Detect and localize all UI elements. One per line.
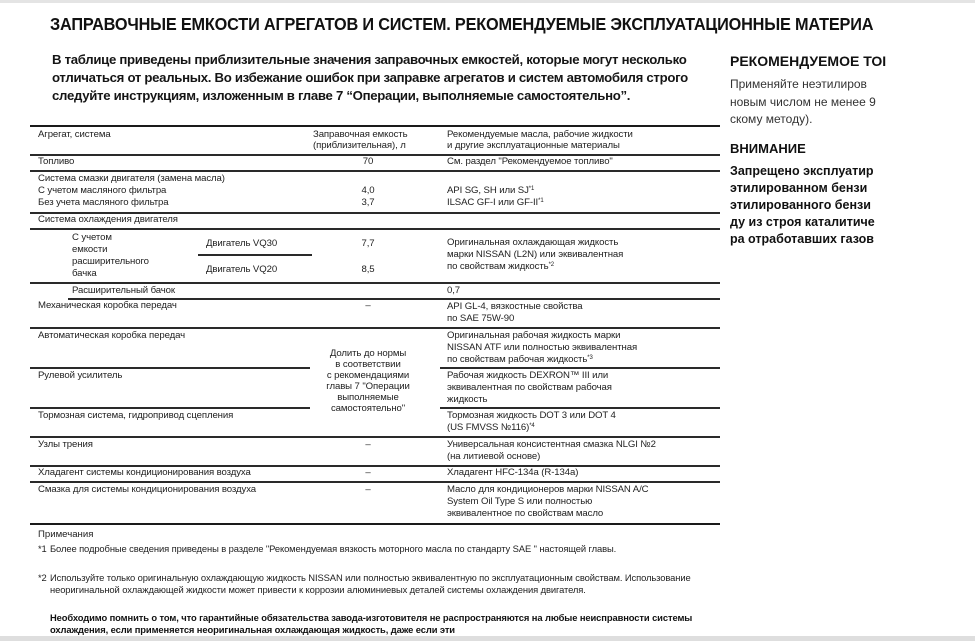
row-material: API GL-4, вязкостные свойства bbox=[447, 301, 583, 313]
row-capacity: 3,7 bbox=[313, 197, 423, 209]
row-material: Рабочая жидкость DEXRON™ III или bbox=[447, 370, 608, 382]
row-material: NISSAN ATF или полностью эквивалентная bbox=[447, 342, 637, 354]
row-unit: С учетом масляного фильтра bbox=[38, 185, 166, 197]
row-capacity: 4,0 bbox=[313, 185, 423, 197]
row-divider bbox=[30, 282, 720, 284]
row-material: Оригинальная охлаждающая жидкость bbox=[447, 237, 618, 249]
footnote-ref: *3 bbox=[587, 355, 592, 361]
table-top-rule bbox=[30, 125, 720, 127]
row-material: API SG, SH или SJ*1 bbox=[447, 185, 534, 197]
row-unit: Рулевой усилитель bbox=[38, 370, 122, 382]
row-material: Хладагент HFC-134a (R-134a) bbox=[447, 467, 578, 479]
row-material: марки NISSAN (L2N) или эквивалентная bbox=[447, 249, 623, 261]
row-material: (на литиевой основе) bbox=[447, 451, 540, 463]
row-material: по свойствам жидкость*2 bbox=[447, 261, 554, 273]
row-unit: Узлы трения bbox=[38, 439, 93, 451]
row-material: 0,7 bbox=[447, 285, 460, 297]
warranty-note: Необходимо помнить о том, что гарантийны… bbox=[38, 612, 718, 636]
row-unit: Без учета масляного фильтра bbox=[38, 197, 169, 209]
note-mark: *2 bbox=[38, 572, 47, 584]
engine-capacity: 7,7 bbox=[313, 238, 423, 250]
row-unit: Механическая коробка передач bbox=[38, 300, 177, 312]
notes-label: Примечания bbox=[38, 529, 93, 540]
engine-capacity: 8,5 bbox=[313, 264, 423, 276]
with-tank-label: бачка bbox=[72, 268, 97, 280]
row-material: жидкость bbox=[447, 394, 487, 406]
intro-paragraph: В таблице приведены приблизительные знач… bbox=[52, 51, 707, 104]
row-material: по свойствам рабочая жидкость*3 bbox=[447, 354, 593, 366]
note-text: Более подробные сведения приведены в раз… bbox=[50, 543, 718, 555]
row-material: по SAE 75W-90 bbox=[447, 313, 514, 325]
group-label: Система смазки двигателя (замена масла) bbox=[38, 173, 225, 185]
row-unit: Смазка для системы кондиционирования воз… bbox=[38, 484, 256, 496]
note-mark: *1 bbox=[38, 543, 47, 555]
row-capacity: – bbox=[313, 300, 423, 312]
engine-name: Двигатель VQ20 bbox=[206, 264, 277, 276]
footnote-ref: *2 bbox=[549, 262, 554, 268]
group-label: Система охлаждения двигателя bbox=[38, 214, 178, 226]
footnote-ref: *1 bbox=[538, 198, 543, 204]
row-divider bbox=[30, 407, 310, 409]
row-capacity: – bbox=[313, 439, 423, 451]
page-title: ЗАПРАВОЧНЫЕ ЕМКОСТИ АГРЕГАТОВ И СИСТЕМ. … bbox=[50, 14, 887, 35]
row-divider bbox=[30, 436, 720, 438]
row-material: эквивалентное по свойствам масло bbox=[447, 508, 603, 520]
note-item: *1 Более подробные сведения приведены в … bbox=[38, 543, 718, 555]
table-bottom-rule bbox=[30, 523, 720, 525]
row-material: System Oil Type S или полностью bbox=[447, 496, 592, 508]
warning-text: Запрещено эксплуатир этилированном бензи… bbox=[730, 163, 975, 248]
row-divider bbox=[30, 327, 720, 329]
row-unit: Тормозная система, гидропривод сцепления bbox=[38, 410, 233, 422]
row-unit: Топливо bbox=[38, 156, 74, 168]
row-material: эквивалентная по свойствам рабочая bbox=[447, 382, 612, 394]
row-material: (US FMVSS №116)*4 bbox=[447, 422, 535, 434]
engine-name: Двигатель VQ30 bbox=[206, 238, 277, 250]
row-divider bbox=[440, 407, 720, 409]
row-material: Оригинальная рабочая жидкость марки bbox=[447, 330, 620, 342]
row-capacity: 70 bbox=[313, 156, 423, 168]
row-unit: Автоматическая коробка передач bbox=[38, 330, 185, 342]
header-materials-line2: и другие эксплуатационные материалы bbox=[447, 140, 620, 152]
side-heading: РЕКОМЕНДУЕМОЕ ТОІ bbox=[730, 53, 886, 69]
row-material: См. раздел "Рекомендуемое топливо" bbox=[447, 156, 613, 168]
footnote-ref: *1 bbox=[529, 186, 534, 192]
note-text: Используйте только оригинальную охлаждаю… bbox=[50, 572, 718, 596]
row-divider bbox=[30, 481, 720, 483]
row-capacity: – bbox=[313, 484, 423, 496]
row-material: Тормозная жидкость DOT 3 или DOT 4 bbox=[447, 410, 616, 422]
row-unit: Хладагент системы кондиционирования возд… bbox=[38, 467, 251, 479]
with-tank-label: емкости bbox=[72, 244, 107, 256]
engine-divider bbox=[198, 254, 312, 256]
with-tank-label: расширительного bbox=[72, 256, 149, 268]
footnote-ref: *4 bbox=[529, 423, 534, 429]
header-materials-line1: Рекомендуемые масла, рабочие жидкости bbox=[447, 129, 633, 141]
row-unit: Расширительный бачок bbox=[72, 285, 175, 297]
row-divider bbox=[30, 228, 720, 230]
row-capacity: – bbox=[313, 467, 423, 479]
row-divider bbox=[30, 170, 720, 172]
bottom-edge bbox=[0, 636, 975, 641]
row-divider bbox=[440, 367, 720, 369]
side-paragraph: Применяйте неэтилиров новым числом не ме… bbox=[730, 76, 975, 129]
with-tank-label: С учетом bbox=[72, 232, 112, 244]
top-edge bbox=[0, 0, 975, 3]
warning-heading: ВНИМАНИЕ bbox=[730, 141, 806, 156]
header-unit: Агрегат, система bbox=[38, 129, 111, 141]
row-divider bbox=[30, 367, 310, 369]
row-material: ILSAC GF-I или GF-II*1 bbox=[447, 197, 544, 209]
header-capacity-line1: Заправочная емкость bbox=[313, 129, 407, 141]
note-item: *2 Используйте только оригинальную охлаж… bbox=[38, 572, 718, 596]
row-material: Масло для кондиционеров марки NISSAN A/C bbox=[447, 484, 648, 496]
header-capacity-line2: (приблизительная), л bbox=[313, 140, 406, 152]
row-material: Универсальная консистентная смазка NLGI … bbox=[447, 439, 656, 451]
